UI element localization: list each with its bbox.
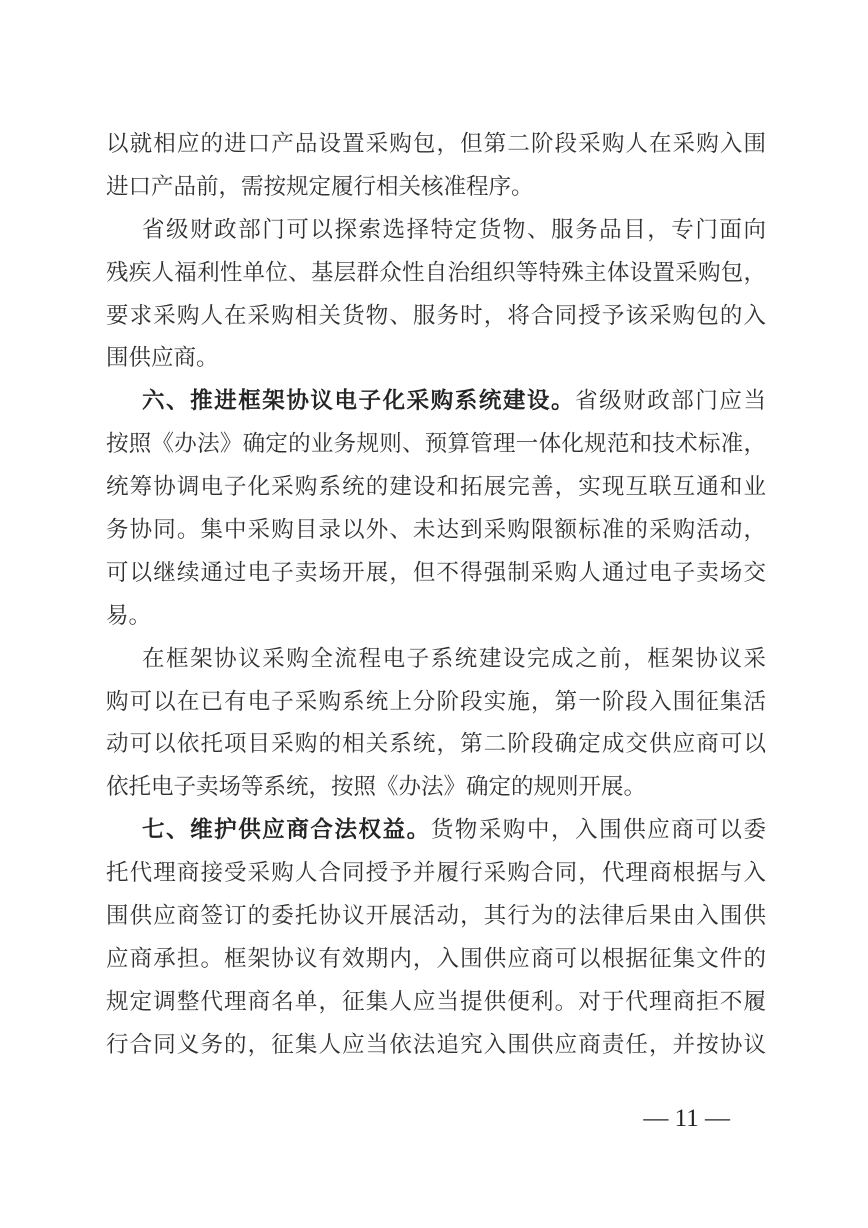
text-line: 行合同义务的，征集人应当依法追究入围供应商责任，并按协议 [106,1024,766,1067]
para-section-6-esystem: 六、推进框架协议电子化采购系统建设。省级财政部门应当按照《办法》确定的业务规则、… [106,380,766,637]
line-text: 省级财政部门可以探索选择特定货物、服务品目，专门面向 [142,217,766,242]
text-line: 按照《办法》确定的业务规则、预算管理一体化规范和技术标准， [106,423,766,466]
document-content: 以就相应的进口产品设置采购包，但第二阶段采购人在采购入围进口产品前，需按规定履行… [106,123,766,1067]
document-page: 以就相应的进口产品设置采购包，但第二阶段采购人在采购入围进口产品前，需按规定履行… [0,0,868,1228]
line-text: 残疾人福利性单位、基层群众性自治组织等特殊主体设置采购包， [106,260,766,285]
line-text: 依托电子卖场等系统，按照《办法》确定的规则开展。 [106,774,646,799]
text-line: 统筹协调电子化采购系统的建设和拓展完善，实现互联互通和业 [106,466,766,509]
text-line: 六、推进框架协议电子化采购系统建设。省级财政部门应当 [106,380,766,423]
text-line: 残疾人福利性单位、基层群众性自治组织等特殊主体设置采购包， [106,252,766,295]
line-text: 围供应商签订的委托协议开展活动，其行为的法律后果由入围供 [106,903,766,928]
text-line: 依托电子卖场等系统，按照《办法》确定的规则开展。 [106,766,766,809]
line-text: 省级财政部门应当 [575,388,766,413]
para-phased-implementation: 在框架协议采购全流程电子系统建设完成之前，框架协议采购可以在已有电子采购系统上分… [106,638,766,810]
line-text: 易。 [106,603,151,628]
text-line: 托代理商接受采购人合同授予并履行采购合同，代理商根据与入 [106,852,766,895]
line-text: 以就相应的进口产品设置采购包，但第二阶段采购人在采购入围 [106,131,766,156]
line-text: 规定调整代理商名单，征集人应当提供便利。对于代理商拒不履 [106,989,766,1014]
page-number: — 11 — [0,1103,766,1135]
text-line: 应商承担。框架协议有效期内，入围供应商可以根据征集文件的 [106,938,766,981]
line-text: 货物采购中，入围供应商可以委 [431,817,766,842]
text-line: 以就相应的进口产品设置采购包，但第二阶段采购人在采购入围 [106,123,766,166]
section-heading: 七、维护供应商合法权益。 [142,817,431,842]
text-line: 省级财政部门可以探索选择特定货物、服务品目，专门面向 [106,209,766,252]
line-text: 进口产品前，需按规定履行相关核准程序。 [106,174,534,199]
line-text: 要求采购人在采购相关货物、服务时，将合同授予该采购包的入 [106,303,766,328]
text-line: 务协同。集中采购目录以外、未达到采购限额标准的采购活动， [106,509,766,552]
section-heading: 六、推进框架协议电子化采购系统建设。 [142,388,575,413]
line-text: 购可以在已有电子采购系统上分阶段实施，第一阶段入围征集活 [106,689,766,714]
text-line: 规定调整代理商名单，征集人应当提供便利。对于代理商拒不履 [106,981,766,1024]
line-text: 在框架协议采购全流程电子系统建设完成之前，框架协议采 [142,646,766,671]
line-text: 行合同义务的，征集人应当依法追究入围供应商责任，并按协议 [106,1032,766,1057]
line-text: 托代理商接受采购人合同授予并履行采购合同，代理商根据与入 [106,860,766,885]
para-section-7-supplier-rights: 七、维护供应商合法权益。货物采购中，入围供应商可以委托代理商接受采购人合同授予并… [106,809,766,1066]
line-text: 按照《办法》确定的业务规则、预算管理一体化规范和技术标准， [106,431,766,456]
text-line: 易。 [106,595,766,638]
para-special-subjects: 省级财政部门可以探索选择特定货物、服务品目，专门面向残疾人福利性单位、基层群众性… [106,209,766,381]
line-text: 统筹协调电子化采购系统的建设和拓展完善，实现互联互通和业 [106,474,766,499]
para-import-products-continuation: 以就相应的进口产品设置采购包，但第二阶段采购人在采购入围进口产品前，需按规定履行… [106,123,766,209]
text-line: 七、维护供应商合法权益。货物采购中，入围供应商可以委 [106,809,766,852]
text-line: 进口产品前，需按规定履行相关核准程序。 [106,166,766,209]
text-line: 围供应商。 [106,337,766,380]
text-line: 动可以依托项目采购的相关系统，第二阶段确定成交供应商可以 [106,723,766,766]
text-line: 可以继续通过电子卖场开展，但不得强制采购人通过电子卖场交 [106,552,766,595]
text-line: 要求采购人在采购相关货物、服务时，将合同授予该采购包的入 [106,295,766,338]
line-text: 动可以依托项目采购的相关系统，第二阶段确定成交供应商可以 [106,731,766,756]
text-line: 围供应商签订的委托协议开展活动，其行为的法律后果由入围供 [106,895,766,938]
line-text: 可以继续通过电子卖场开展，但不得强制采购人通过电子卖场交 [106,560,766,585]
text-line: 购可以在已有电子采购系统上分阶段实施，第一阶段入围征集活 [106,681,766,724]
text-line: 在框架协议采购全流程电子系统建设完成之前，框架协议采 [106,638,766,681]
line-text: 务协同。集中采购目录以外、未达到采购限额标准的采购活动， [106,517,766,542]
line-text: 围供应商。 [106,345,219,370]
line-text: 应商承担。框架协议有效期内，入围供应商可以根据征集文件的 [106,946,766,971]
